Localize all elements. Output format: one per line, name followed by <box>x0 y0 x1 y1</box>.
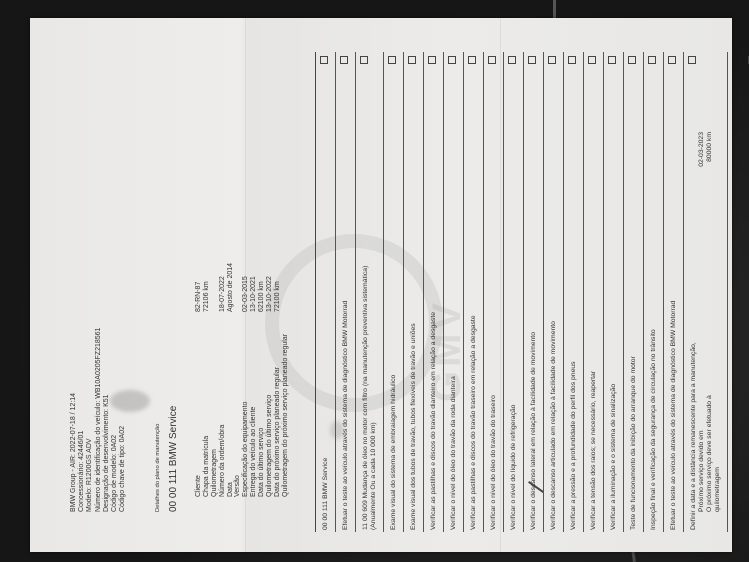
info-row: Data do último serviço62100 km <box>258 57 266 497</box>
info-row: Data do próximo serviço planeado regular… <box>274 57 282 497</box>
checklist-item-text: Verificar o descanso articulado em relaç… <box>550 92 558 530</box>
subline-value: 02-03-2023 <box>698 132 706 167</box>
checkbox[interactable] <box>320 56 328 64</box>
info-label: Quilometragem do próximo serviço planead… <box>282 312 290 497</box>
info-value: 02-03-2015 <box>242 276 250 312</box>
checklist-item: 00 00 111 BMW Service <box>315 52 336 532</box>
checklist-item: Efetuar o teste ao veículo através do si… <box>336 52 356 532</box>
checklist-item-text: Definir a data e a distância remanescent… <box>690 92 698 530</box>
checklist-item: Verificar o nível do líquido de refriger… <box>504 52 524 532</box>
header-line: Código de modelo: 0A02 <box>111 328 119 512</box>
header-line: Número de identificação do veículo: WB10… <box>95 328 103 512</box>
info-label: Especificação do equipamento <box>242 312 250 497</box>
info-value: 72106 km <box>203 281 211 312</box>
info-row: Chapa da matrícula72106 km <box>203 57 211 497</box>
info-row: Especificação do equipamento02-03-2015 <box>242 57 250 497</box>
checklist-item: Verificar o nível do óleo do travão do t… <box>484 52 504 532</box>
info-label: Versão <box>234 312 242 497</box>
info-value: 72100 km <box>274 281 282 312</box>
checklist-item-text: Exame visual dos tubos de travão, tubos … <box>410 92 418 530</box>
document-header: BMW Group - AIR: 2022-07-18 / 12:14 Conc… <box>70 328 127 512</box>
checklist-subline: Próximo serviço devido em02-03-2023 <box>698 92 706 530</box>
checklist-item: Inspeção final e verificação da seguranç… <box>644 52 664 532</box>
info-label: Data <box>227 312 235 497</box>
checkbox[interactable] <box>528 56 536 64</box>
checklist-item: Verificar o descanso lateral em relação … <box>524 52 544 532</box>
checklist-item: Verificar o descanso articulado em relaç… <box>544 52 564 532</box>
checklist-item-text: Verificar as pastilhas e discos do travã… <box>470 92 478 530</box>
checkbox[interactable] <box>408 56 416 64</box>
checklist-item: Exame visual do sistema de embraiagem hi… <box>384 52 404 532</box>
info-row: Quilometragem do último serviço13-10-202… <box>266 57 274 497</box>
checklist-item-text: Verificar a iluminação e o sistema de si… <box>610 92 618 530</box>
checklist-item-text: Exame visual do sistema de embraiagem hi… <box>390 92 398 530</box>
plan-title: 00 00 111 BMW Service <box>168 406 179 512</box>
checkbox[interactable] <box>488 56 496 64</box>
checklist-item-text: Efetuar o teste ao veículo através do si… <box>670 92 678 530</box>
checklist-item-text: Verificar o nível do óleo do travão do t… <box>490 92 498 530</box>
subline-value: 80000 km <box>706 132 714 162</box>
checklist-item: Efetuar o teste ao veículo através do si… <box>664 52 684 532</box>
checklist-item-text: Inspeção final e verificação da seguranç… <box>650 92 658 530</box>
header-line: Modelo: R1200GS ADV <box>86 328 94 512</box>
checkbox[interactable] <box>688 56 696 64</box>
info-label: Quilometragem do último serviço <box>266 312 274 497</box>
info-row: Entrega do veículo ao cliente13-10-2021 <box>250 57 258 497</box>
subline-label: Próximo serviço devido em <box>698 430 706 512</box>
checkbox[interactable] <box>608 56 616 64</box>
checkbox[interactable] <box>508 56 516 64</box>
rotated-document: GMV BMW Group - AIR: 2022-07-18 / 12:14 … <box>30 18 732 552</box>
checklist-item-text: Teste de funcionamento da inibição do ar… <box>630 92 638 530</box>
checkbox[interactable] <box>428 56 436 64</box>
checkbox[interactable] <box>628 56 636 64</box>
plan-label: Detalhes do plano de manutenção <box>155 424 161 512</box>
info-value: 62100 km <box>258 281 266 312</box>
info-label: Entrega do veículo ao cliente <box>250 312 258 497</box>
checklist-item-text: Verificar a pressão e a profundidade do … <box>570 92 578 530</box>
checkbox[interactable] <box>360 56 368 64</box>
service-document-paper: GMV BMW Group - AIR: 2022-07-18 / 12:14 … <box>30 18 732 552</box>
subline-label: quilometragem <box>714 467 722 512</box>
checkbox[interactable] <box>340 56 348 64</box>
info-label: Data do próximo serviço planeado regular <box>274 312 282 497</box>
header-line: Código chave de tipo: 0A02 <box>119 328 127 512</box>
header-line: Concessionário: 42446/01 <box>78 328 86 512</box>
info-row: Número da ordem/obra18-07-2022 <box>219 57 227 497</box>
checkbox[interactable] <box>648 56 656 64</box>
checklist-item: Verificar a iluminação e o sistema de si… <box>604 52 624 532</box>
checkbox[interactable] <box>588 56 596 64</box>
checklist-subline: quilometragem <box>714 92 722 530</box>
checkbox[interactable] <box>388 56 396 64</box>
info-label: Cliente <box>195 312 203 497</box>
checklist-item: Definir a data e a distância remanescent… <box>684 52 728 532</box>
info-label: Quilometragem <box>211 312 219 497</box>
info-value: Agosto de 2014 <box>227 263 235 312</box>
checkbox[interactable] <box>448 56 456 64</box>
info-label: Número da ordem/obra <box>219 312 227 497</box>
checklist-item-text: Verificar a tensão dos raios; se necessá… <box>590 92 598 530</box>
header-line: Designação de desenvolvimento: K51 <box>103 328 111 512</box>
info-label: Data do último serviço <box>258 312 266 497</box>
checklist-item-text: 00 00 111 BMW Service <box>322 92 330 530</box>
checklist-item-text: Verificar o descanso lateral em relação … <box>530 92 538 530</box>
info-value: 18-07-2022 <box>219 276 227 312</box>
checkbox[interactable] <box>568 56 576 64</box>
service-checklist: 00 00 111 BMW ServiceEfetuar o teste ao … <box>315 52 749 532</box>
checklist-item: Verificar o nível do óleo do travão da r… <box>444 52 464 532</box>
checklist-item-text: Verificar o nível do líquido de refriger… <box>510 92 518 530</box>
checklist-item-text: Verificar as pastilhas e discos do travã… <box>430 92 438 530</box>
vehicle-info-table: Cliente82-RN-87Chapa da matrícula72106 k… <box>195 57 290 497</box>
info-row: Cliente82-RN-87 <box>195 57 203 497</box>
info-label: Chapa da matrícula <box>203 312 211 497</box>
header-line: BMW Group - AIR: 2022-07-18 / 12:14 <box>70 328 78 512</box>
info-row: Quilometragem <box>211 57 219 497</box>
checklist-subline: O próximo serviço deve ser efetuado à800… <box>706 92 714 530</box>
checklist-item: Exame visual dos tubos de travão, tubos … <box>404 52 424 532</box>
info-value: 82-RN-87 <box>195 282 203 312</box>
checkbox[interactable] <box>468 56 476 64</box>
checklist-item: Teste de funcionamento da inibição do ar… <box>624 52 644 532</box>
subline-label: O próximo serviço deve ser efetuado à <box>706 395 714 512</box>
checklist-item: 11 00 609 Mudança de óleo no motor com f… <box>356 52 384 532</box>
checkbox[interactable] <box>668 56 676 64</box>
info-value: 13-10-2021 <box>250 276 258 312</box>
checklist-item: Verificar as pastilhas e discos do travã… <box>464 52 484 532</box>
info-row: Quilometragem do próximo serviço planead… <box>282 57 290 497</box>
info-value: 13-10-2022 <box>266 276 274 312</box>
checklist-item: Verificar a tensão dos raios; se necessá… <box>584 52 604 532</box>
checklist-item-text: Verificar o nível do óleo do travão da r… <box>450 92 458 530</box>
checklist-item: Verificar as pastilhas e discos do travã… <box>424 52 444 532</box>
checklist-item-note: (Anualmente Ou a cada 10 000 km) <box>370 92 378 530</box>
info-row: DataAgosto de 2014 <box>227 57 235 497</box>
checklist-item: Verificar a pressão e a profundidade do … <box>564 52 584 532</box>
checklist-item-text: 11 00 609 Mudança de óleo no motor com f… <box>362 92 370 530</box>
checklist-item: Verificar o estado de carga da bateria <box>744 52 749 532</box>
info-row: Versão <box>234 57 242 497</box>
checkbox[interactable] <box>548 56 556 64</box>
checklist-item-text: Efetuar o teste ao veículo através do si… <box>342 92 350 530</box>
